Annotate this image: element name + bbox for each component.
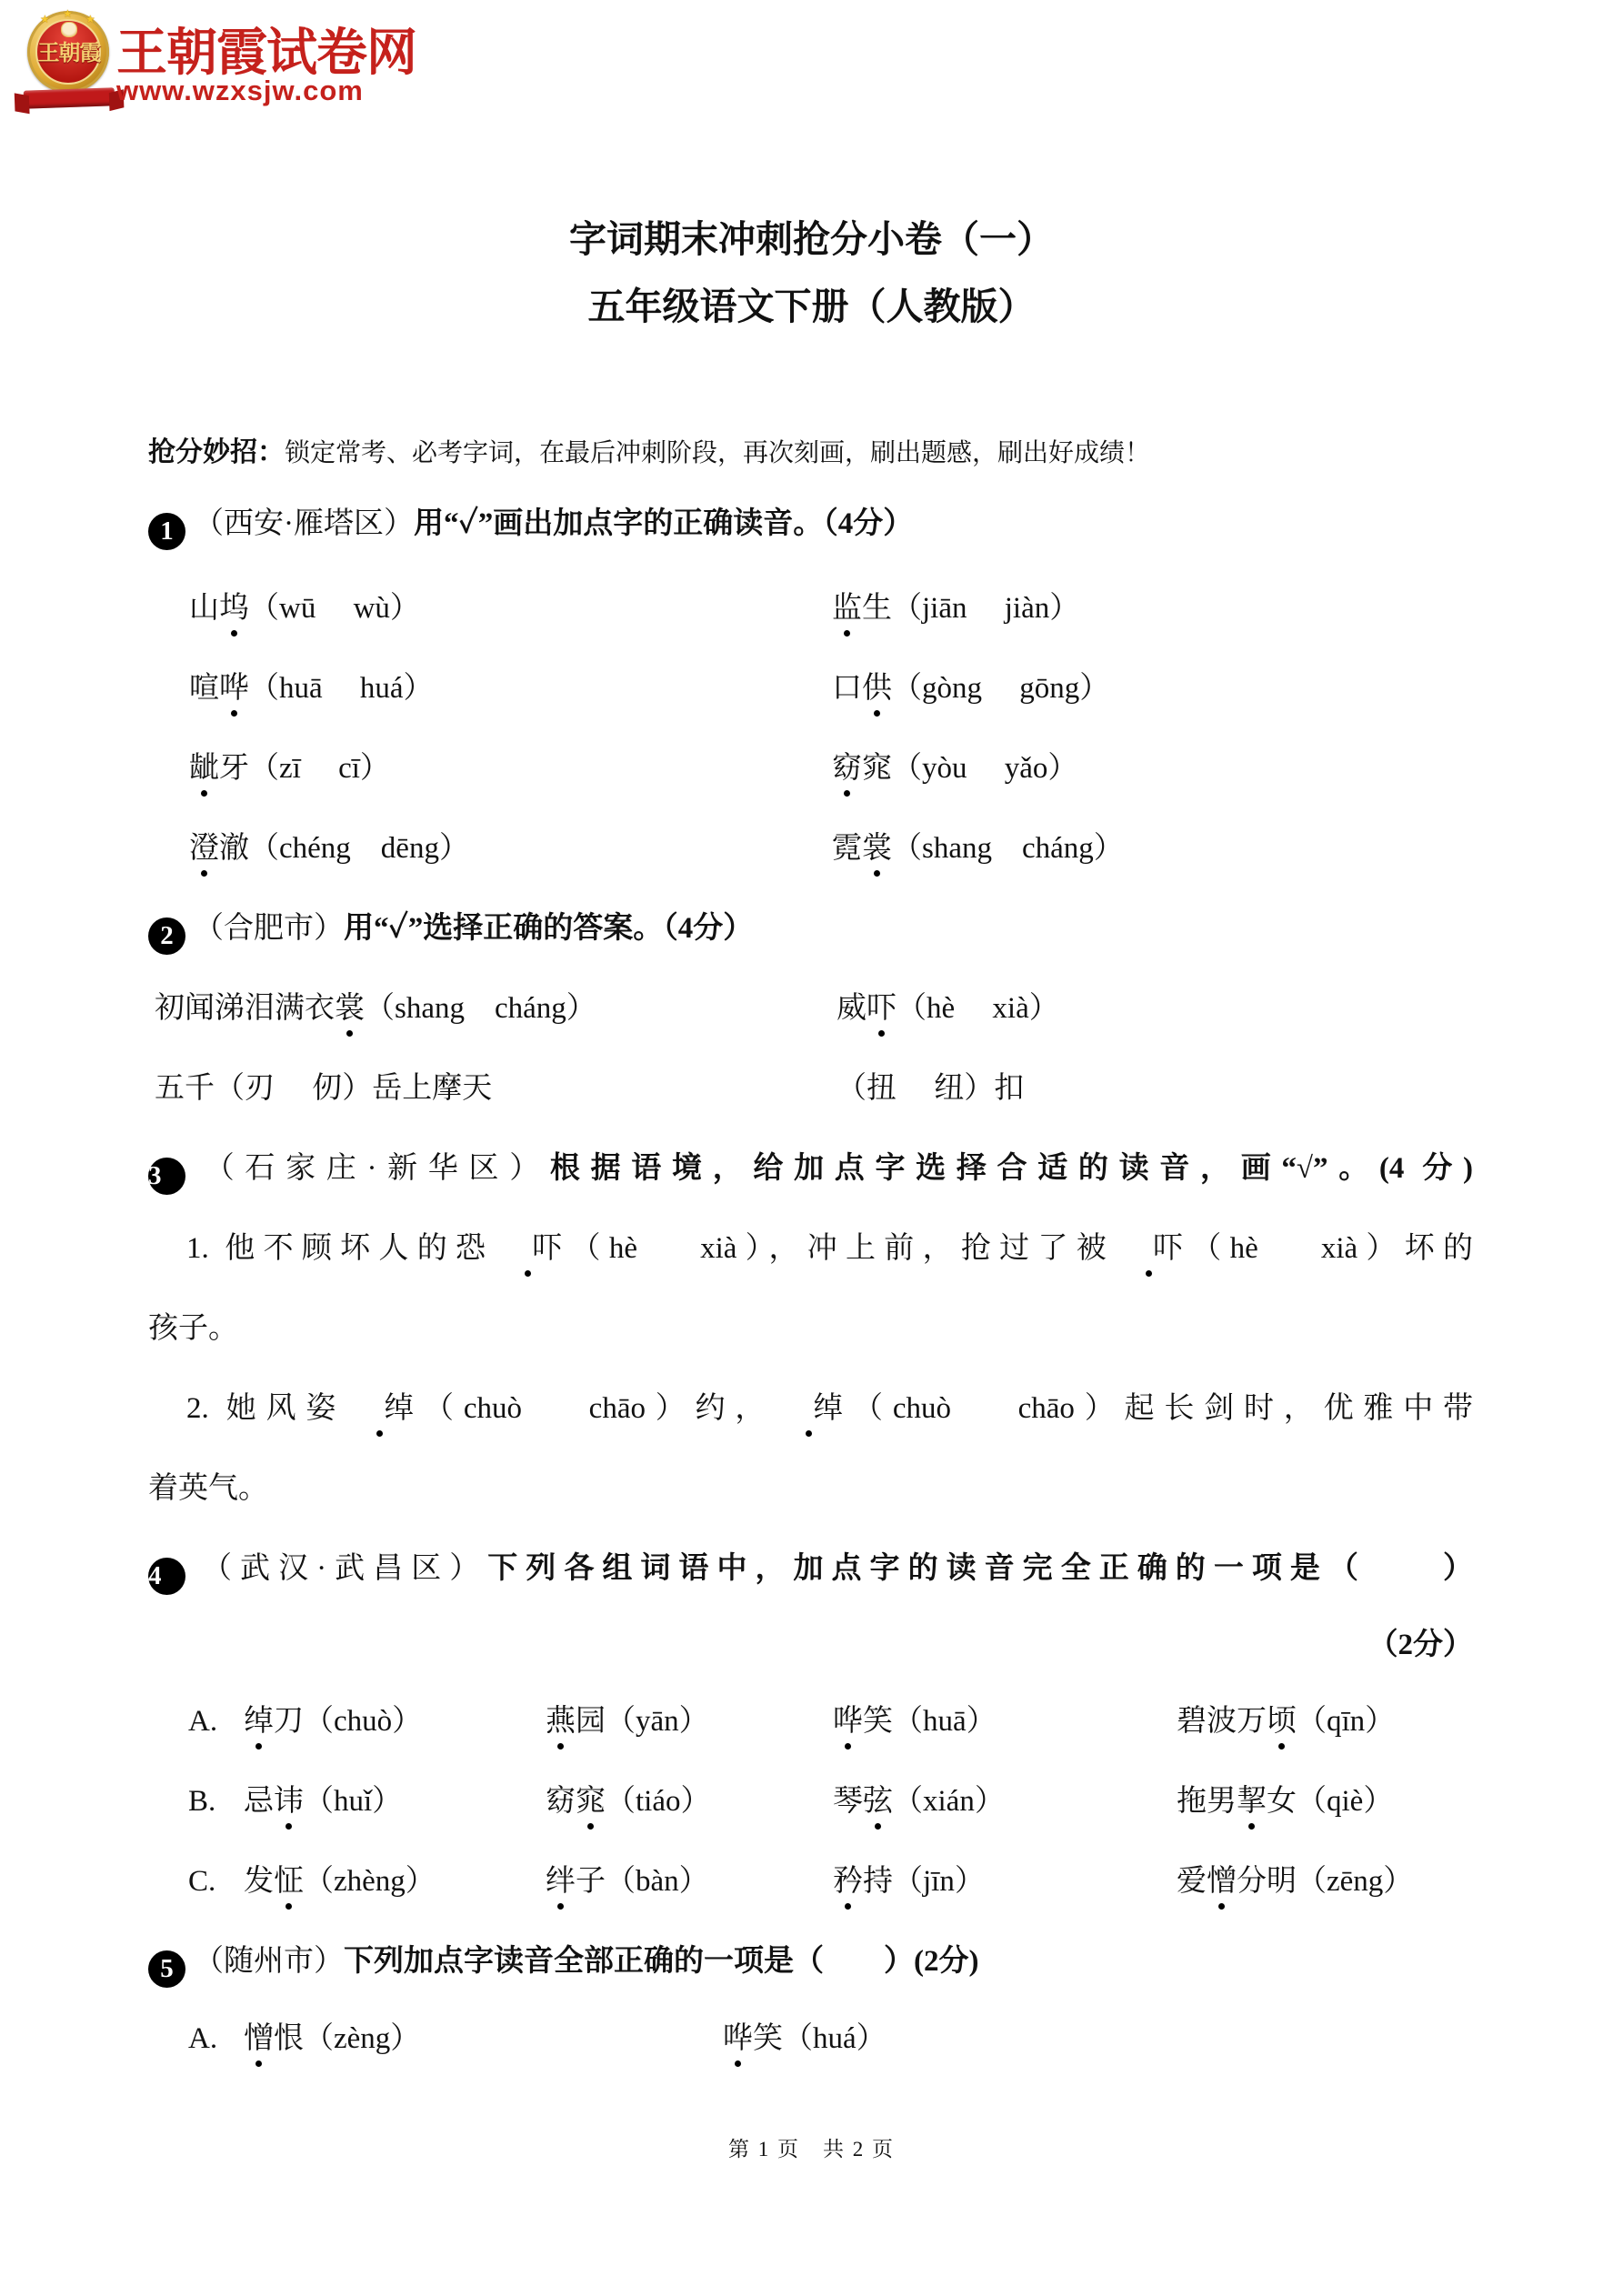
word-item: 初闻涕泪满衣裳（shang cháng） <box>155 988 596 1028</box>
q1-number-badge: 1 <box>148 513 185 550</box>
word-item: 绰刀（chuò） <box>244 1701 422 1741</box>
sentence-line: 2. 她风姿绰（chuò chāo）约，绰（chuò chāo）起长剑时，优雅中… <box>148 1389 1473 1429</box>
q2-source: （合肥市） <box>194 912 344 945</box>
word-item: 拖男挈女（qiè） <box>1177 1781 1393 1821</box>
q3-source: （石家庄·新华区） <box>194 1152 550 1185</box>
ribbon-banner <box>24 87 115 108</box>
option-label: B. <box>188 1781 215 1821</box>
word-item: 威吓（hè xià） <box>837 988 1059 1028</box>
tip-label: 抢分妙招： <box>148 437 285 467</box>
brand-url: www.wzxsjw.com <box>116 75 364 107</box>
word-item: 窈窕（tiáo） <box>546 1781 710 1821</box>
word-item: 口供（gòng gōng） <box>832 668 1109 708</box>
word-item: 碧波万顷（qīn） <box>1177 1701 1395 1741</box>
q1-instruction: 用“✓”画出加点字的正确读音。（4分） <box>414 507 913 540</box>
tip-text: 锁定常考、必考字词，在最后冲刺阶段，再次刻画，刷出题感，刷出好成绩！ <box>285 439 1150 467</box>
word-item: 爱憎分明（zēng） <box>1177 1861 1413 1901</box>
page-number: 第 1 页 共 2 页 <box>0 2132 1623 2162</box>
word-item: （扭 纽）扣 <box>837 1068 1024 1108</box>
q5-instruction: 下列加点字读音全部正确的一项是（ ）(2分) <box>344 1945 978 1978</box>
paper-subtitle: 五年级语文下册（人教版） <box>0 284 1623 329</box>
word-item: 霓裳（shang cháng） <box>832 828 1124 868</box>
word-item: 澄澈（chéng dēng） <box>189 828 469 868</box>
word-item: 山坞（wū wù） <box>189 588 420 628</box>
site-logo: 王朝霞 王朝霞试卷网 www.wzxsjw.com <box>25 5 462 119</box>
sentence-line: 着英气。 <box>148 1469 268 1509</box>
word-item: 窈窕（yòu yǎo） <box>832 748 1077 788</box>
star-icon <box>63 7 73 21</box>
sentence-line: 1. 他不顾坏人的恐吓（hè xià），冲上前，抢过了被吓（hè xià）坏的 <box>148 1228 1473 1268</box>
q3-number-badge: 3 <box>148 1158 185 1195</box>
word-item: 哗笑（huā） <box>833 1701 997 1741</box>
q4-header: 4（武汉·武昌区）下列各组词语中，加点字的读音完全正确的一项是（ ） <box>148 1549 1473 1595</box>
word-item: 监生（jiān jiàn） <box>832 588 1079 628</box>
star-icon <box>85 13 95 26</box>
q1-source: （西安·雁塔区） <box>194 507 414 540</box>
tip-line: 抢分妙招：锁定常考、必考字词，在最后冲刺阶段，再次刻画，刷出题感，刷出好成绩！ <box>148 435 1150 472</box>
option-label: A. <box>188 1701 217 1741</box>
q4-number-badge: 4 <box>148 1558 185 1595</box>
word-item: 琴弦（xián） <box>833 1781 1005 1821</box>
word-item: 五千（刃 仞）岳上摩天 <box>155 1068 492 1108</box>
q3-instruction: 根据语境，给加点字选择合适的读音，画“√”。(4 分) <box>550 1152 1473 1185</box>
option-label: C. <box>188 1861 215 1901</box>
q5-number-badge: 5 <box>148 1950 185 1988</box>
q2-header: 2（合肥市）用“✓”选择正确的答案。（4分） <box>148 908 753 955</box>
star-icon <box>40 13 50 26</box>
q3-header: 3（石家庄·新华区）根据语境，给加点字选择合适的读音，画“√”。(4 分) <box>148 1148 1473 1195</box>
q4-source: （武汉·武昌区） <box>194 1552 487 1585</box>
paper-title: 字词期末冲刺抢分小卷（一） <box>0 216 1623 262</box>
exam-page: 王朝霞 王朝霞试卷网 www.wzxsjw.com 字词期末冲刺抢分小卷（一） … <box>0 0 1623 2296</box>
word-item: 忌讳（huǐ） <box>244 1781 402 1821</box>
q2-number-badge: 2 <box>148 917 185 955</box>
option-label: A. <box>188 2019 217 2059</box>
medal-brand-text: 王朝霞 <box>27 35 111 66</box>
word-item: 龇牙（zī cī） <box>189 748 390 788</box>
q4-instruction: 下列各组词语中，加点字的读音完全正确的一项是（ ） <box>487 1552 1473 1585</box>
word-item: 哗笑（huá） <box>723 2019 887 2059</box>
word-item: 喧哗（huā huá） <box>189 668 434 708</box>
word-item: 矜持（jīn） <box>833 1861 985 1901</box>
sentence-line: 孩子。 <box>148 1308 238 1349</box>
q1-header: 1（西安·雁塔区）用“✓”画出加点字的正确读音。（4分） <box>148 504 913 550</box>
q4-score: （2分） <box>148 1625 1473 1665</box>
word-item: 绊子（bàn） <box>546 1861 709 1901</box>
q2-instruction: 用“✓”选择正确的答案。（4分） <box>344 912 753 945</box>
brand-medal-icon: 王朝霞 <box>27 11 111 113</box>
word-item: 燕园（yān） <box>546 1701 709 1741</box>
word-item: 发怔（zhèng） <box>244 1861 436 1901</box>
q5-source: （随州市） <box>194 1945 344 1978</box>
word-item: 憎恨（zèng） <box>244 2019 420 2059</box>
q5-header: 5（随州市）下列加点字读音全部正确的一项是（ ）(2分) <box>148 1941 978 1988</box>
